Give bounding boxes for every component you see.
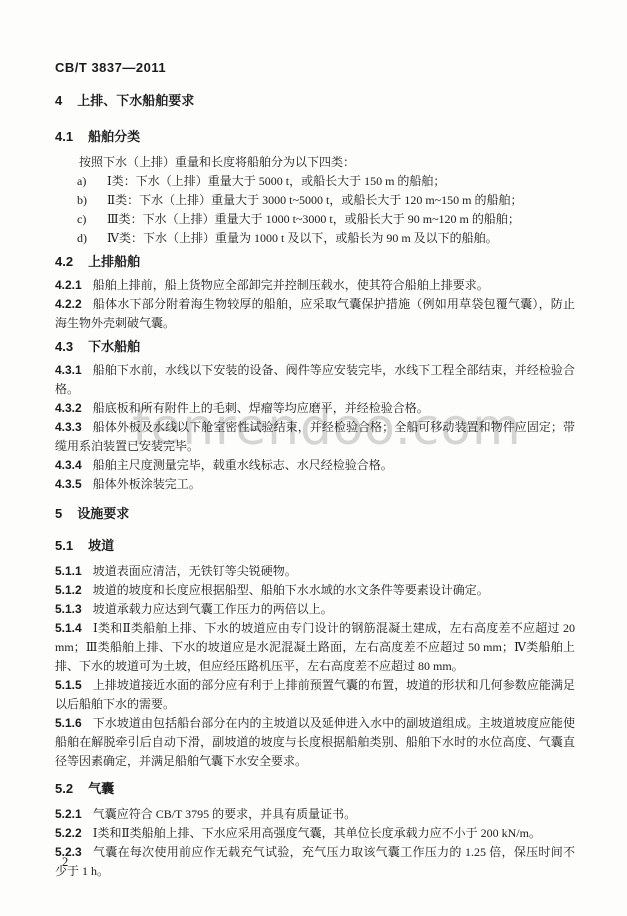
section-heading-4: 4上排、下水船舶要求 (55, 93, 575, 109)
clause-text: Ⅰ类和Ⅱ类船舶上排、下水的坡道应由专门设计的钢筋混凝土建成，左右高度差不应超过 … (55, 621, 575, 673)
document-page: fenrendoo.com CB/T 3837—2011 4上排、下水船舶要求 … (0, 0, 627, 916)
page-content: CB/T 3837—2011 4上排、下水船舶要求 4.1船舶分类 按照下水（上… (55, 60, 575, 881)
clause-text: 坡道的坡度和长度应根据船型、船舶下水水域的水文条件等要素设计确定。 (93, 583, 489, 597)
heading-number: 4 (55, 93, 62, 108)
clause-number: 5.1.2 (55, 583, 82, 597)
clause-number: 4.3.4 (55, 458, 82, 472)
list-marker: a) (77, 172, 107, 191)
clause-text: 船体外板涂装完工。 (93, 477, 201, 491)
intro-paragraph-4-1: 按照下水（上排）重量和长度将船舶分为以下四类： (55, 153, 575, 172)
clause-text: 船体外板及水线以下舱室密性试验结束，并经检验合格；全船可移动装置和物件应固定；带… (55, 420, 575, 453)
clause-4-2-1: 4.2.1船舶上排前，船上货物应全部卸完并控制压载水，使其符合船舶上排要求。 (55, 276, 575, 295)
heading-number: 5.1 (55, 538, 73, 553)
clause-text: 坡道表面应清洁，无铁钉等尖锐硬物。 (93, 564, 297, 578)
heading-number: 4.1 (55, 129, 73, 144)
heading-title: 上排船舶 (88, 254, 140, 269)
heading-title: 气囊 (88, 781, 114, 796)
clause-number: 5.1.5 (55, 678, 82, 692)
clause-5-1-5: 5.1.5上排坡道接近水面的部分应有利于上排前预置气囊的布置，坡道的形状和几何参… (55, 676, 575, 714)
section-heading-5-1: 5.1坡道 (55, 538, 575, 554)
clause-5-1-3: 5.1.3坡道承载力应达到气囊工作压力的两倍以上。 (55, 600, 575, 619)
heading-title: 下水船舶 (88, 339, 140, 354)
clause-number: 5.1.4 (55, 621, 82, 635)
clause-4-3-2: 4.3.2船底板和所有附件上的毛刺、焊瘤等均应磨平，并经检验合格。 (55, 399, 575, 418)
clause-4-2-2: 4.2.2船体水下部分附着海生物较厚的船舶，应采取气囊保护措施（例如用草袋包覆气… (55, 295, 575, 333)
clause-number: 5.2.2 (55, 826, 82, 840)
list-item-c: c)Ⅲ类：下水（上排）重量大于 1000 t~3000 t，或船长大于 90 m… (77, 210, 575, 229)
section-heading-5-2: 5.2气囊 (55, 781, 575, 797)
heading-number: 4.2 (55, 254, 73, 269)
list-text: Ⅳ类：下水（上排）重量为 1000 t 及以下，或船长为 90 m 及以下的船舶… (107, 229, 498, 248)
clause-4-3-1: 4.3.1船舶下水前，水线以下安装的设备、阀件等应安装完毕，水线下工程全部结束，… (55, 361, 575, 399)
page-number: 2 (62, 855, 68, 870)
clause-5-1-2: 5.1.2坡道的坡度和长度应根据船型、船舶下水水域的水文条件等要素设计确定。 (55, 581, 575, 600)
clause-5-1-1: 5.1.1坡道表面应清洁，无铁钉等尖锐硬物。 (55, 562, 575, 581)
heading-title: 上排、下水船舶要求 (77, 93, 194, 108)
clause-number: 5.1.6 (55, 716, 82, 730)
list-text: Ⅱ类：下水（上排）重量大于 3000 t~5000 t，或船长大于 120 m~… (107, 191, 522, 210)
clause-5-1-4: 5.1.4Ⅰ类和Ⅱ类船舶上排、下水的坡道应由专门设计的钢筋混凝土建成，左右高度差… (55, 619, 575, 676)
clause-text: 气囊在每次使用前应作无载充气试验，充气压力取该气囊工作压力的 1.25 倍，保压… (55, 845, 575, 878)
clause-text: 船舶主尺度测量完毕，载重水线标志、水尺经检验合格。 (93, 458, 393, 472)
clause-number: 5.1.1 (55, 564, 82, 578)
clause-number: 4.3.5 (55, 477, 82, 491)
heading-title: 坡道 (88, 538, 114, 553)
clause-4-3-3: 4.3.3船体外板及水线以下舱室密性试验结束，并经检验合格；全船可移动装置和物件… (55, 418, 575, 456)
clause-text: 上排坡道接近水面的部分应有利于上排前预置气囊的布置，坡道的形状和几何参数应能满足… (55, 678, 575, 711)
clause-number: 4.2.2 (55, 297, 82, 311)
clause-4-3-4: 4.3.4船舶主尺度测量完毕，载重水线标志、水尺经检验合格。 (55, 456, 575, 475)
list-item-a: a)Ⅰ类：下水（上排）重量大于 5000 t，或船长大于 150 m 的船舶； (77, 172, 575, 191)
section-heading-4-2: 4.2上排船舶 (55, 254, 575, 270)
list-text: Ⅰ类：下水（上排）重量大于 5000 t，或船长大于 150 m 的船舶； (107, 172, 445, 191)
ship-class-list: a)Ⅰ类：下水（上排）重量大于 5000 t，或船长大于 150 m 的船舶； … (55, 172, 575, 248)
clause-5-2-2: 5.2.2Ⅰ类和Ⅱ类船舶上排、下水应采用高强度气囊，其单位长度承载力应不小于 2… (55, 824, 575, 843)
section-heading-4-3: 4.3下水船舶 (55, 339, 575, 355)
heading-title: 船舶分类 (88, 129, 140, 144)
clause-number: 5.2.3 (55, 845, 82, 859)
list-marker: d) (77, 229, 107, 248)
clause-number: 4.3.3 (55, 420, 82, 434)
heading-number: 4.3 (55, 339, 73, 354)
list-item-d: d)Ⅳ类：下水（上排）重量为 1000 t 及以下，或船长为 90 m 及以下的… (77, 229, 575, 248)
heading-number: 5 (55, 506, 62, 521)
clause-text: Ⅰ类和Ⅱ类船舶上排、下水应采用高强度气囊，其单位长度承载力应不小于 200 kN… (93, 826, 541, 840)
doc-code: CB/T 3837—2011 (55, 60, 575, 75)
clause-text: 坡道承载力应达到气囊工作压力的两倍以上。 (93, 602, 333, 616)
clause-text: 船底板和所有附件上的毛刺、焊瘤等均应磨平，并经检验合格。 (93, 401, 429, 415)
list-item-b: b)Ⅱ类：下水（上排）重量大于 3000 t~5000 t，或船长大于 120 … (77, 191, 575, 210)
clause-text: 下水坡道由包括船台部分在内的主坡道以及延伸进入水中的副坡道组成。主坡道坡度应能使… (55, 716, 575, 768)
clause-number: 4.2.1 (55, 278, 82, 292)
clause-text: 船舶下水前，水线以下安装的设备、阀件等应安装完毕，水线下工程全部结束，并经检验合… (55, 363, 575, 396)
clause-5-1-6: 5.1.6下水坡道由包括船台部分在内的主坡道以及延伸进入水中的副坡道组成。主坡道… (55, 714, 575, 771)
clause-4-3-5: 4.3.5船体外板涂装完工。 (55, 475, 575, 494)
heading-title: 设施要求 (77, 506, 129, 521)
clause-text: 气囊应符合 CB/T 3795 的要求，并具有质量证书。 (93, 807, 356, 821)
clause-5-2-1: 5.2.1气囊应符合 CB/T 3795 的要求，并具有质量证书。 (55, 805, 575, 824)
section-heading-4-1: 4.1船舶分类 (55, 129, 575, 145)
clause-text: 船体水下部分附着海生物较厚的船舶，应采取气囊保护措施（例如用草袋包覆气囊），防止… (55, 297, 575, 330)
clause-text: 船舶上排前，船上货物应全部卸完并控制压载水，使其符合船舶上排要求。 (93, 278, 489, 292)
list-marker: c) (77, 210, 107, 229)
heading-number: 5.2 (55, 781, 73, 796)
clause-5-2-3: 5.2.3气囊在每次使用前应作无载充气试验，充气压力取该气囊工作压力的 1.25… (55, 843, 575, 881)
list-marker: b) (77, 191, 107, 210)
clause-number: 5.2.1 (55, 807, 82, 821)
clause-number: 4.3.2 (55, 401, 82, 415)
list-text: Ⅲ类：下水（上排）重量大于 1000 t~3000 t，或船长大于 90 m~1… (107, 210, 520, 229)
clause-number: 5.1.3 (55, 602, 82, 616)
clause-number: 4.3.1 (55, 363, 82, 377)
section-heading-5: 5设施要求 (55, 506, 575, 522)
